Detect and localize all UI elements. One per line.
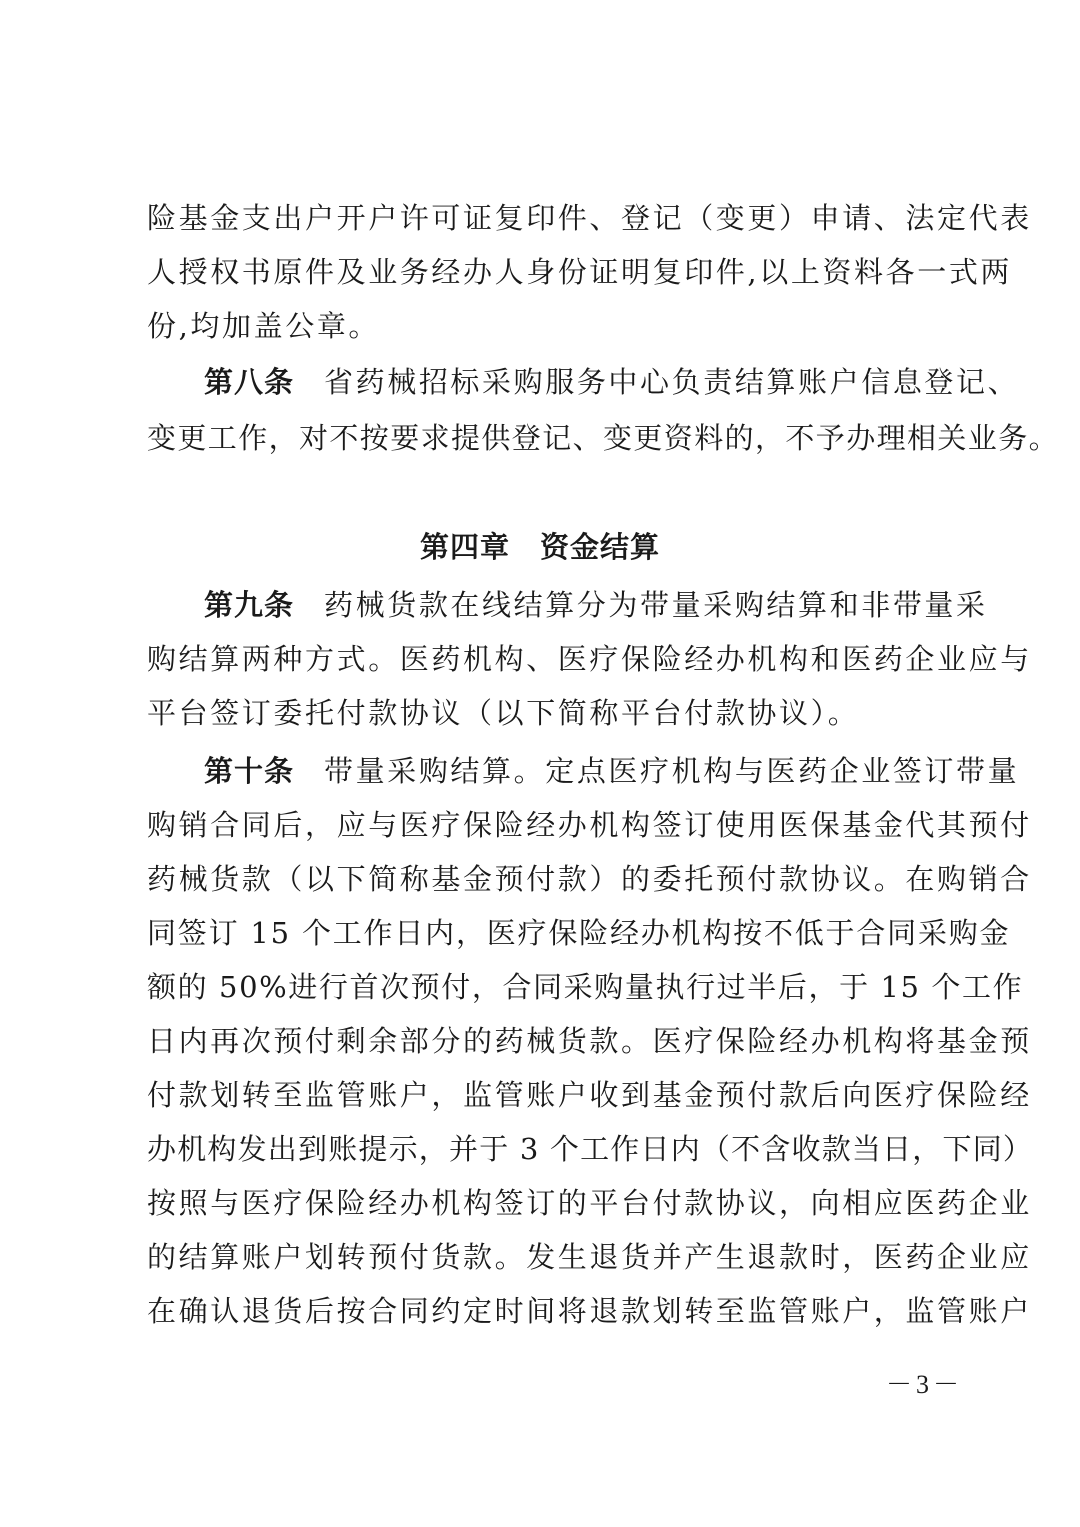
body-line: 在确认退货后按合同约定时间将退款划转至监管账户，监管账户 <box>147 1291 947 1331</box>
article-text: 带量采购结算。定点医疗机构与医药企业签订带量 <box>324 754 1019 788</box>
article-10-first-line: 第十条带量采购结算。定点医疗机构与医药企业签订带量 <box>147 751 947 791</box>
article-8-first-line: 第八条省药械招标采购服务中心负责结算账户信息登记、 <box>147 362 947 402</box>
body-line: 药械货款（以下简称基金预付款）的委托预付款协议。在购销合 <box>147 859 947 899</box>
body-line: 变更工作，对不按要求提供登记、变更资料的，不予办理相关业务。 <box>147 418 947 458</box>
chapter-title: 资金结算 <box>540 530 660 564</box>
body-line: 人授权书原件及业务经办人身份证明复印件,以上资料各一式两 <box>147 252 947 292</box>
article-label: 第八条 <box>204 365 294 399</box>
article-9-first-line: 第九条药械货款在线结算分为带量采购结算和非带量采 <box>147 585 947 625</box>
article-text: 药械货款在线结算分为带量采购结算和非带量采 <box>324 588 988 622</box>
body-line: 险基金支出户开户许可证复印件、登记（变更）申请、法定代表 <box>147 198 947 238</box>
body-line: 按照与医疗保险经办机构签订的平台付款协议，向相应医药企业 <box>147 1183 947 1223</box>
chapter-heading: 第四章资金结算 <box>0 527 1080 567</box>
body-line: 购结算两种方式。医药机构、医疗保险经办机构和医药企业应与 <box>147 639 947 679</box>
body-line: 的结算账户划转预付货款。发生退货并产生退款时，医药企业应 <box>147 1237 947 1277</box>
body-line: 付款划转至监管账户，监管账户收到基金预付款后向医疗保险经 <box>147 1075 947 1115</box>
article-label: 第十条 <box>204 754 294 788</box>
body-line: 平台签订委托付款协议（以下简称平台付款协议）。 <box>147 693 947 733</box>
chapter-number: 第四章 <box>420 530 510 564</box>
article-text: 省药械招标采购服务中心负责结算账户信息登记、 <box>324 365 1019 399</box>
article-label: 第九条 <box>204 588 294 622</box>
body-line: 购销合同后，应与医疗保险经办机构签订使用医保基金代其预付 <box>147 805 947 845</box>
body-line: 办机构发出到账提示，并于 3 个工作日内（不含收款当日，下同） <box>147 1129 947 1169</box>
body-line: 日内再次预付剩余部分的药械货款。医疗保险经办机构将基金预 <box>147 1021 947 1061</box>
body-line: 同签订 15 个工作日内，医疗保险经办机构按不低于合同采购金 <box>147 913 947 953</box>
document-page: 险基金支出户开户许可证复印件、登记（变更）申请、法定代表 人授权书原件及业务经办… <box>0 0 1080 1527</box>
page-number: －3－ <box>886 1368 963 1402</box>
body-line: 额的 50%进行首次预付，合同采购量执行过半后，于 15 个工作 <box>147 967 947 1007</box>
body-line: 份,均加盖公章。 <box>147 306 947 346</box>
